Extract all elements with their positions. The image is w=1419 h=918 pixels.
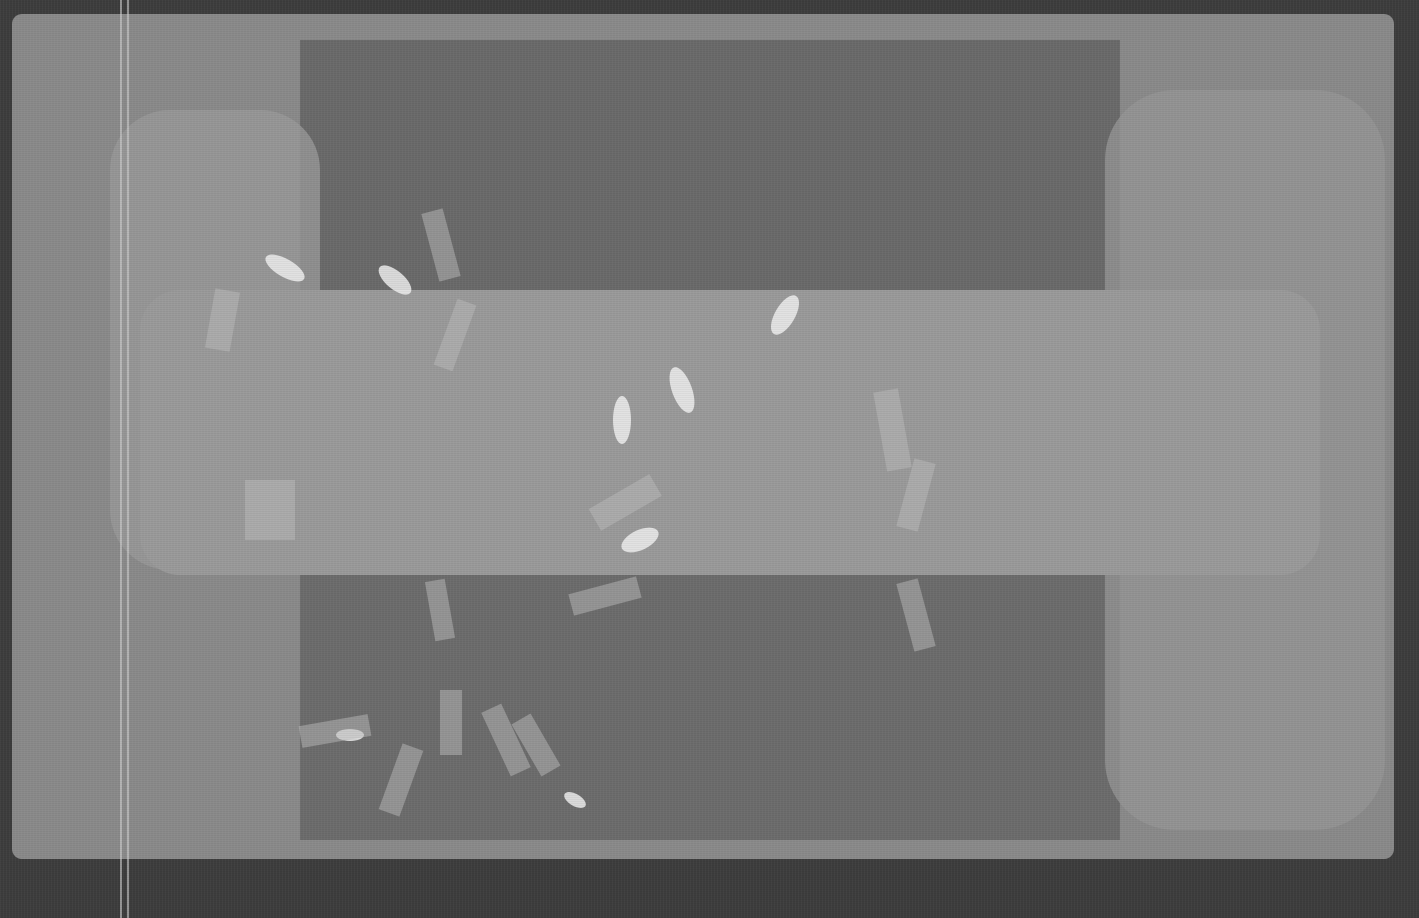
film-noise <box>0 0 1419 918</box>
photo-scene <box>0 0 1419 918</box>
